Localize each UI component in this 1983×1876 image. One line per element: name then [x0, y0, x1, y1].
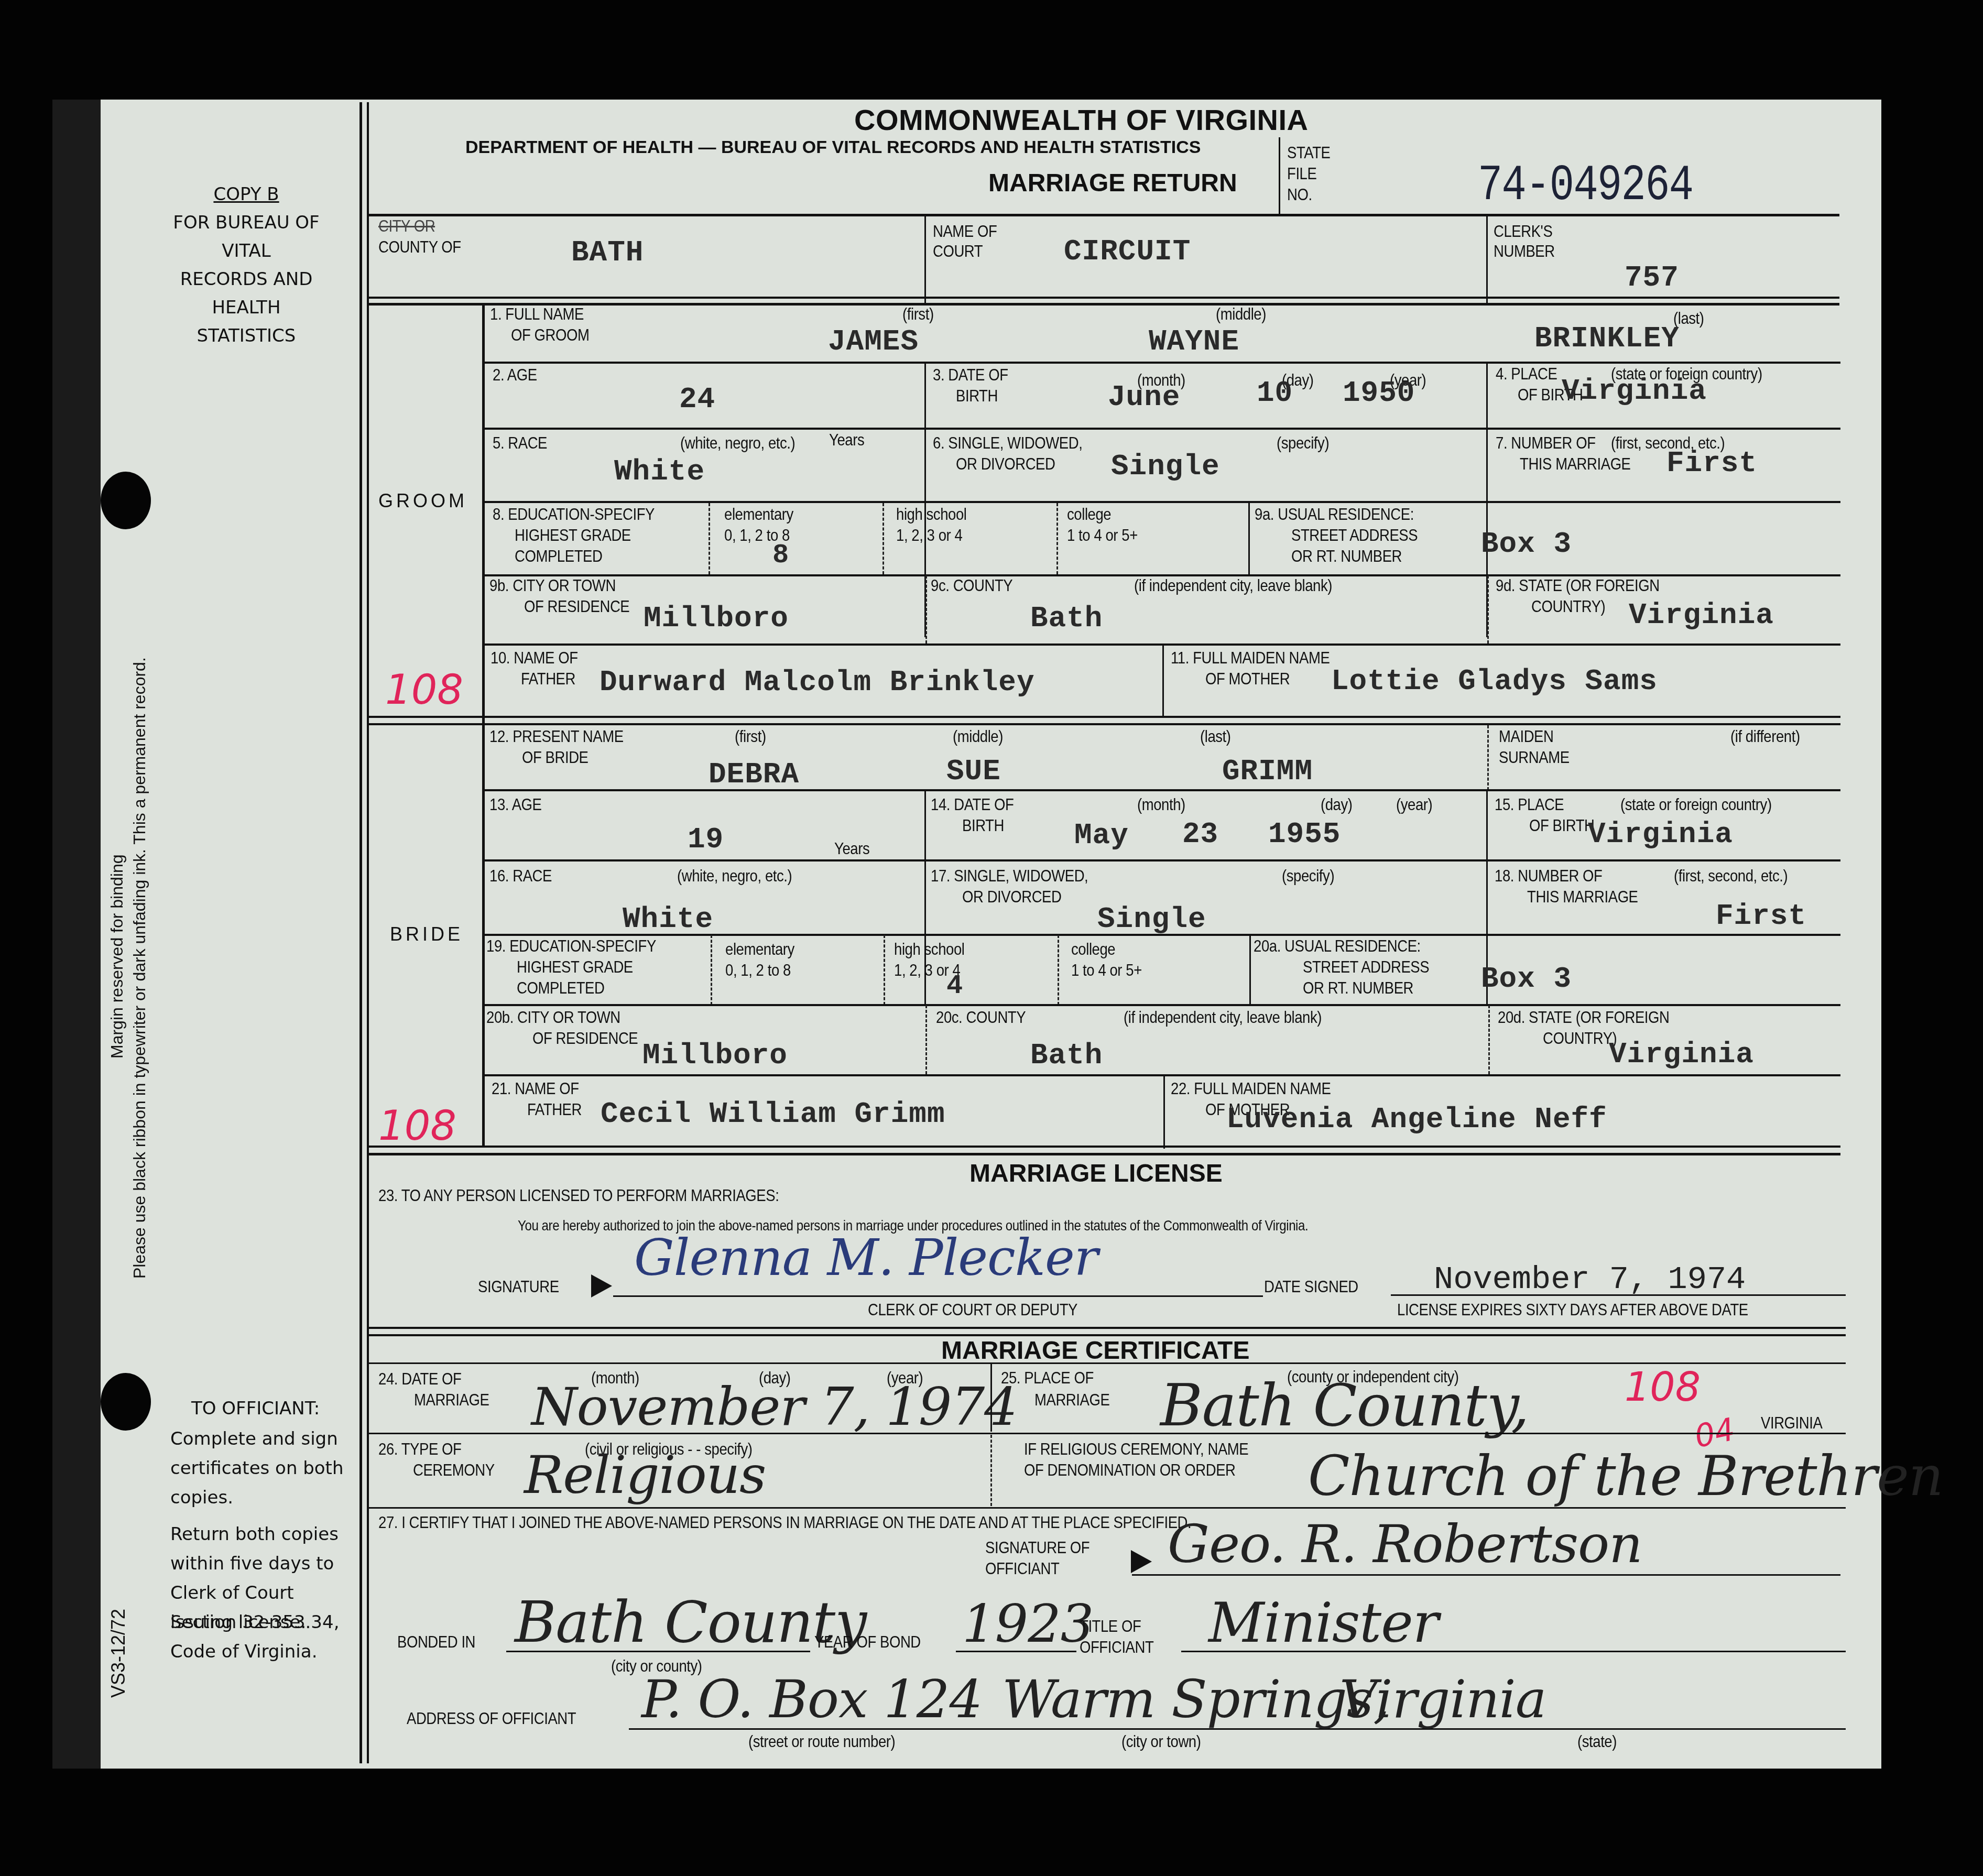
state-file-number: 74-049264: [1478, 157, 1693, 214]
groom-county: Bath: [1030, 602, 1103, 635]
note-line: Code of Virginia.: [170, 1637, 339, 1666]
field-label: MARRIAGE: [1034, 1390, 1109, 1410]
rule: [483, 1074, 1840, 1076]
bride-middle-name: SUE: [946, 755, 1001, 788]
field-label: 19. EDUCATION-SPECIFY: [486, 936, 656, 956]
field-label: COMPLETED: [517, 978, 604, 998]
field-hint: 0, 1, 2 to 8: [725, 960, 791, 980]
divider: [1279, 137, 1280, 215]
rule: [369, 1327, 1846, 1329]
field-hint: 1 to 4 or 5+: [1067, 525, 1138, 545]
divider: [925, 575, 927, 643]
field-label: IF RELIGIOUS CEREMONY, NAME: [1024, 1439, 1248, 1459]
bride-age: 19: [688, 823, 724, 856]
rule: [483, 1004, 1840, 1006]
field-label: OF MOTHER: [1205, 669, 1290, 689]
groom-birth-day: 10: [1257, 376, 1293, 410]
license-expiry-note: LICENSE EXPIRES SIXTY DAYS AFTER ABOVE D…: [1397, 1300, 1748, 1319]
field-hint: (day): [1321, 794, 1353, 814]
copy-label: COPY B: [157, 180, 335, 209]
field-hint: (state or foreign country): [1620, 794, 1772, 814]
field-hint: (first): [735, 726, 766, 746]
field-hint: (city or town): [1121, 1731, 1201, 1751]
field-label: 22. FULL MAIDEN NAME: [1171, 1078, 1331, 1098]
section-divider: [482, 304, 485, 1148]
groom-birth-month: June: [1108, 380, 1180, 414]
clerk-number: 757: [1625, 261, 1679, 295]
officiant-address-street: P. O. Box 124: [641, 1668, 982, 1730]
groom-annotation: 108: [385, 667, 463, 714]
field-label: STREET ADDRESS: [1291, 525, 1418, 545]
note-line: Clerk of Court: [170, 1578, 339, 1608]
field-hint: (white, negro, etc.): [680, 433, 795, 453]
field-label: OR DIVORCED: [956, 454, 1055, 474]
form-code: VS3-12/72: [107, 1609, 129, 1698]
officiant-note-1: Complete and sign certificates on both c…: [170, 1424, 344, 1512]
bride-birth-day: 23: [1182, 817, 1218, 851]
field-label: 2. AGE: [493, 365, 537, 385]
officiant-heading: TO OFFICIANT:: [191, 1394, 320, 1423]
field-label: 20a. USUAL RESIDENCE:: [1254, 936, 1421, 956]
binding-note: Margin reserved for binding: [107, 854, 127, 1059]
bride-highschool-grade: 4: [946, 970, 963, 1001]
field-label: OR DIVORCED: [962, 887, 1061, 907]
divider: [1162, 645, 1164, 717]
field-label: HIGHEST GRADE: [515, 525, 631, 545]
copy-desc-line: FOR BUREAU OF VITAL: [157, 209, 335, 265]
field-hint: (middle): [1216, 304, 1266, 324]
rule: [369, 1153, 1840, 1155]
punch-hole-bottom: [101, 1373, 151, 1431]
bride-section-label: BRIDE: [390, 923, 463, 945]
field-hint: (specify): [1282, 866, 1334, 886]
note-line: Section 32-353.34,: [170, 1608, 339, 1637]
field-label: 26. TYPE OF: [378, 1439, 461, 1459]
state-file-label: NO.: [1287, 184, 1312, 204]
punch-hole-top: [101, 472, 151, 529]
date-signed-label: DATE SIGNED: [1264, 1277, 1358, 1296]
field-label: OF RESIDENCE: [524, 596, 629, 616]
binding-strip: [52, 100, 101, 1769]
field-label: HIGHEST GRADE: [517, 957, 633, 977]
officiant-signature: Geo. R. Robertson: [1168, 1513, 1642, 1575]
denomination: Church of the Brethren: [1308, 1444, 1943, 1508]
divider: [1056, 503, 1058, 574]
note-line: certificates on both: [170, 1454, 344, 1483]
divider: [1487, 575, 1489, 643]
field-label: 4. PLACE: [1496, 364, 1557, 384]
county-label: COUNTY OF: [378, 237, 461, 257]
groom-middle-name: WAYNE: [1149, 325, 1239, 358]
field-hint: college: [1067, 504, 1111, 524]
form-title: MARRIAGE RETURN: [988, 169, 1237, 198]
bonded-in: Bath County: [515, 1590, 866, 1655]
rule: [369, 1433, 1846, 1434]
field-label: 20c. COUNTY: [936, 1007, 1026, 1027]
groom-birth-place: Virginia: [1562, 374, 1707, 408]
clerk-signature: Glenna M. Plecker: [634, 1228, 1098, 1287]
bride-first-name: DEBRA: [709, 758, 799, 791]
court-value: CIRCUIT: [1064, 235, 1191, 268]
field-hint: (if different): [1730, 726, 1800, 746]
bride-annotation: 108: [378, 1103, 456, 1150]
bride-father-name: Cecil William Grimm: [601, 1097, 945, 1131]
field-label: CEREMONY: [413, 1460, 495, 1480]
code-reference: Section 32-353.34, Code of Virginia.: [170, 1608, 339, 1666]
field-hint: college: [1071, 939, 1115, 959]
field-hint: 1, 2, 3 or 4: [896, 525, 962, 545]
bride-city: Millboro: [642, 1039, 788, 1072]
divider: [1249, 935, 1251, 1005]
groom-last-name: BRINKLEY: [1534, 322, 1680, 355]
field-label: TITLE OF: [1080, 1616, 1141, 1636]
bride-county: Bath: [1030, 1039, 1103, 1072]
divider: [990, 1435, 992, 1506]
divider: [990, 1364, 992, 1432]
officiant-address-state: Virginia: [1339, 1668, 1546, 1730]
field-label: COUNTRY): [1531, 596, 1605, 616]
marriage-date: November 7, 1974: [531, 1376, 1017, 1437]
state-file-label: STATE: [1287, 143, 1330, 162]
signature-label: SIGNATURE: [478, 1277, 559, 1296]
groom-elementary-grade: 8: [772, 540, 789, 571]
divider: [1058, 935, 1059, 1005]
divider: [711, 935, 712, 1005]
groom-birth-year: 1950: [1343, 376, 1415, 410]
divider: [925, 1005, 927, 1074]
field-label: MAIDEN: [1499, 726, 1553, 746]
rule: [483, 643, 1840, 646]
field-label: 13. AGE: [489, 794, 541, 814]
field-label: OF BIRTH: [1529, 815, 1594, 835]
field-label: Years: [829, 430, 864, 450]
license-heading: MARRIAGE LICENSE: [969, 1159, 1223, 1188]
divider: [1487, 725, 1489, 790]
field-label: 12. PRESENT NAME: [489, 726, 624, 746]
groom-first-name: JAMES: [828, 325, 919, 358]
field-label: OFFICIANT: [985, 1558, 1059, 1578]
rule: [369, 716, 1840, 718]
field-label: BIRTH: [956, 386, 998, 406]
department-line: DEPARTMENT OF HEALTH — BUREAU OF VITAL R…: [465, 137, 1201, 158]
field-label: 11. FULL MAIDEN NAME: [1171, 648, 1330, 668]
field-hint: 1 to 4 or 5+: [1071, 960, 1142, 980]
bride-state: Virginia: [1609, 1038, 1754, 1071]
copy-b-block: COPY B FOR BUREAU OF VITAL RECORDS AND H…: [157, 180, 335, 350]
field-label: Years: [834, 838, 869, 858]
rule: [483, 934, 1840, 936]
field-label: 6. SINGLE, WIDOWED,: [933, 433, 1082, 453]
field-label: OR RT. NUMBER: [1303, 978, 1413, 998]
clerk-label: NUMBER: [1494, 241, 1555, 261]
divider: [1488, 1005, 1490, 1074]
field-hint: (first, second, etc.): [1674, 866, 1788, 886]
field-label: 25. PLACE OF: [1001, 1368, 1094, 1388]
field-label: 16. RACE: [489, 866, 552, 886]
bride-street-address: Box 3: [1481, 962, 1572, 996]
court-label: COURT: [933, 241, 983, 261]
license-instruction: 23. TO ANY PERSON LICENSED TO PERFORM MA…: [378, 1185, 779, 1205]
field-label: OFFICIANT: [1080, 1637, 1153, 1657]
note-line: Complete and sign: [170, 1424, 344, 1454]
field-hint: (first): [902, 304, 934, 324]
field-label: BONDED IN: [397, 1632, 475, 1652]
field-hint: (year): [1396, 794, 1432, 814]
field-hint: (if independent city, leave blank): [1124, 1007, 1322, 1027]
place-state: VIRGINIA: [1761, 1413, 1822, 1433]
groom-age: 24: [679, 383, 715, 416]
field-hint: (month): [1137, 794, 1185, 814]
field-label: 14. DATE OF: [931, 794, 1014, 814]
rule: [483, 789, 1840, 791]
field-label: 9d. STATE (OR FOREIGN: [1496, 575, 1660, 595]
field-label: MARRIAGE: [414, 1390, 489, 1410]
field-hint: (if independent city, leave blank): [1134, 575, 1332, 595]
field-hint: elementary: [725, 939, 794, 959]
field-label: ADDRESS OF OFFICIANT: [407, 1708, 576, 1728]
field-label: 17. SINGLE, WIDOWED,: [931, 866, 1088, 886]
rule: [369, 1146, 1840, 1148]
divider: [709, 503, 710, 574]
rule: [369, 303, 1839, 306]
field-label: OF DENOMINATION OR ORDER: [1024, 1460, 1236, 1480]
court-label: NAME OF: [933, 221, 997, 241]
rule: [369, 214, 1839, 216]
note-line: within five days to: [170, 1549, 339, 1578]
state-file-label: FILE: [1287, 163, 1316, 183]
ceremony-type: Religious: [524, 1444, 766, 1506]
bride-mother-name: Luvenia Angeline Neff: [1226, 1103, 1607, 1136]
clerk-label: CLERK'S: [1494, 221, 1552, 241]
groom-marital-status: Single: [1111, 450, 1220, 483]
field-label: OF BRIDE: [522, 747, 589, 767]
signature-line: [613, 1295, 1263, 1297]
field-label: OF GROOM: [511, 325, 589, 345]
bride-birth-year: 1955: [1268, 817, 1341, 851]
bride-marital-status: Single: [1097, 902, 1206, 936]
note-line: copies.: [170, 1483, 344, 1512]
rule: [483, 859, 1840, 861]
field-label: BIRTH: [962, 815, 1004, 835]
field-label: 20d. STATE (OR FOREIGN: [1498, 1007, 1669, 1027]
field-label: 24. DATE OF: [378, 1369, 461, 1389]
field-hint: (street or route number): [748, 1731, 895, 1751]
groom-state: Virginia: [1629, 598, 1774, 632]
officiant-title: Minister: [1208, 1591, 1438, 1655]
field-label: 7. NUMBER OF: [1496, 433, 1596, 453]
field-label: SURNAME: [1499, 747, 1570, 767]
certification-statement: 27. I CERTIFY THAT I JOINED THE ABOVE-NA…: [378, 1512, 1191, 1532]
ink-note: Please use black ribbon in typewriter or…: [130, 657, 149, 1279]
bride-marriage-number: First: [1716, 899, 1806, 933]
signer-role: CLERK OF COURT OR DEPUTY: [868, 1300, 1077, 1319]
copy-desc-line: RECORDS AND HEALTH: [157, 265, 335, 322]
field-label: THIS MARRIAGE: [1520, 454, 1631, 474]
county-label-struck: CITY OR: [378, 216, 435, 236]
field-label: YEAR OF BOND: [814, 1632, 921, 1652]
date-signed: November 7, 1974: [1434, 1261, 1746, 1298]
field-label: 9c. COUNTY: [931, 575, 1012, 595]
note-line: Return both copies: [170, 1520, 339, 1549]
divider: [882, 503, 884, 574]
field-label: SIGNATURE OF: [985, 1537, 1089, 1557]
bride-birth-place: Virginia: [1588, 817, 1733, 851]
divider: [924, 215, 926, 303]
rule: [483, 501, 1840, 503]
groom-father-name: Durward Malcolm Brinkley: [600, 666, 1035, 699]
field-label: COUNTRY): [1543, 1028, 1617, 1048]
field-label: 1. FULL NAME: [490, 304, 584, 324]
field-hint: high school: [894, 939, 964, 959]
groom-mother-name: Lottie Gladys Sams: [1331, 664, 1658, 698]
field-label: 20b. CITY OR TOWN: [486, 1007, 620, 1027]
rule: [369, 1507, 1846, 1509]
county-value: BATH: [571, 236, 644, 269]
field-label: FATHER: [521, 669, 575, 689]
field-label: 15. PLACE: [1495, 794, 1564, 814]
marriage-place: Bath County,: [1160, 1372, 1529, 1439]
rule: [483, 428, 1840, 430]
margin-rule: [359, 102, 362, 1763]
divider: [1486, 215, 1488, 303]
copy-desc-line: STATISTICS: [157, 322, 335, 350]
groom-city: Millboro: [644, 602, 789, 635]
field-hint: high school: [896, 504, 966, 524]
certificate-heading: MARRIAGE CERTIFICATE: [941, 1336, 1249, 1365]
field-label: FATHER: [527, 1099, 582, 1119]
field-label: 21. NAME OF: [492, 1078, 579, 1098]
divider: [884, 935, 885, 1005]
groom-marriage-number: First: [1666, 446, 1757, 480]
field-label: 9a. USUAL RESIDENCE:: [1255, 504, 1414, 524]
field-label: 3. DATE OF: [933, 365, 1008, 385]
field-hint: (last): [1200, 726, 1231, 746]
field-label: 18. NUMBER OF: [1495, 866, 1602, 886]
field-label: COMPLETED: [515, 546, 602, 566]
field-hint: (white, negro, etc.): [677, 866, 792, 886]
bride-birth-month: May: [1074, 819, 1129, 852]
bride-last-name: GRIMM: [1222, 755, 1313, 788]
groom-race: White: [614, 455, 705, 488]
field-hint: (state): [1577, 1731, 1617, 1751]
officiant-address-city: Warm Springs,: [1002, 1668, 1389, 1730]
field-label: 9b. CITY OR TOWN: [489, 575, 616, 595]
divider: [1163, 1075, 1165, 1149]
field-label: OR RT. NUMBER: [1291, 546, 1402, 566]
field-hint: (middle): [953, 726, 1003, 746]
margin-rule: [367, 102, 369, 1763]
jurisdiction-title: COMMONWEALTH OF VIRGINIA: [854, 103, 1308, 137]
arrow-icon: [1131, 1550, 1152, 1573]
field-hint: (specify): [1277, 433, 1329, 453]
bride-race: White: [623, 902, 713, 936]
groom-section-label: GROOM: [378, 490, 467, 512]
field-label: 5. RACE: [493, 433, 547, 453]
field-label: 8. EDUCATION-SPECIFY: [493, 504, 655, 524]
divider: [1248, 502, 1250, 575]
bond-year: 1923: [962, 1593, 1094, 1654]
field-hint: elementary: [724, 504, 793, 524]
rule: [369, 297, 1839, 299]
rule: [369, 723, 1840, 725]
field-label: 10. NAME OF: [491, 648, 578, 668]
field-label: OF RESIDENCE: [532, 1028, 638, 1048]
groom-street-address: Box 3: [1481, 527, 1572, 561]
place-annotation: 108: [1625, 1364, 1701, 1410]
field-label: STREET ADDRESS: [1303, 957, 1429, 977]
arrow-icon: [591, 1274, 612, 1297]
field-label: THIS MARRIAGE: [1527, 887, 1638, 907]
